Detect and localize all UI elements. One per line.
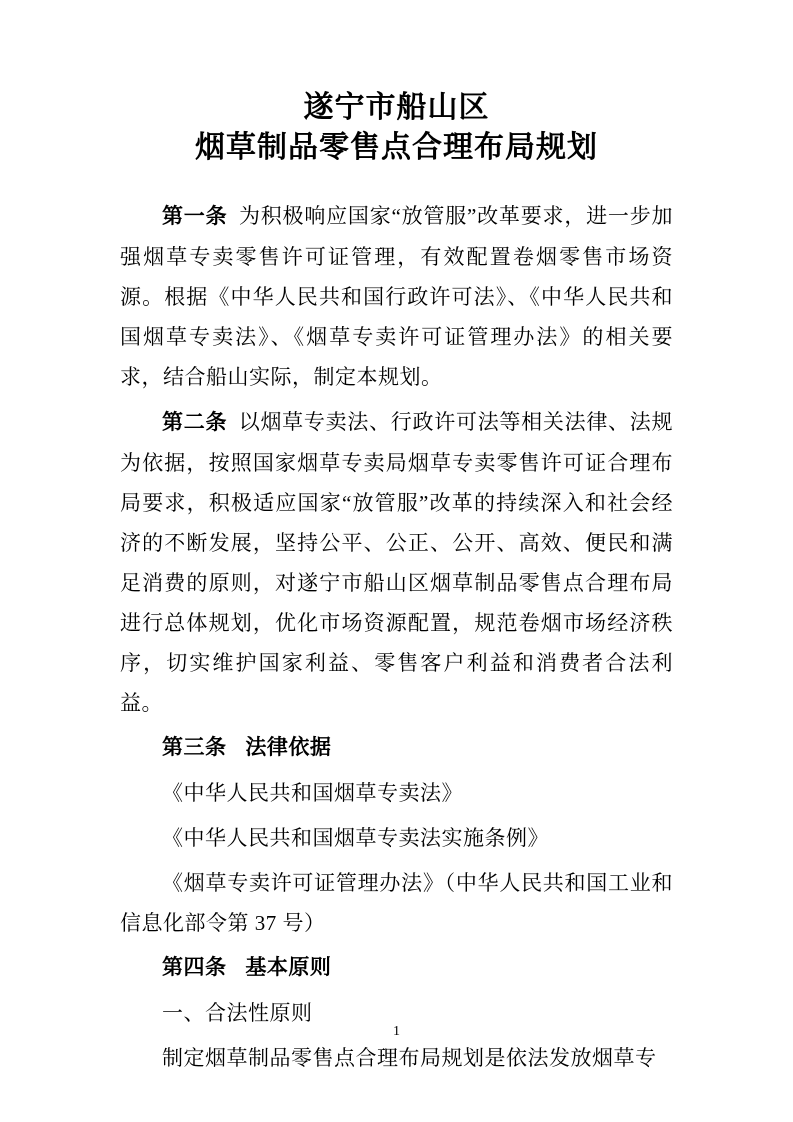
document-title: 遂宁市船山区 烟草制品零售点合理布局规划	[120, 88, 673, 168]
article-1-label: 第一条	[162, 205, 227, 228]
article-1-paragraph: 第一条为积极响应国家“放管服”改革要求，进一步加强烟草专卖零售许可证管理，有效配…	[120, 196, 673, 397]
document-content: 遂宁市船山区 烟草制品零售点合理布局规划 第一条为积极响应国家“放管服”改革要求…	[0, 0, 793, 1078]
document-title-line-1: 遂宁市船山区	[120, 88, 673, 128]
article-4-label: 第四条	[162, 956, 227, 979]
article-4-title: 基本原则	[245, 956, 331, 979]
article-3-heading: 第三条法律依据	[120, 728, 673, 768]
article-2-paragraph: 第二条以烟草专卖法、行政许可法等相关法律、法规为依据，按照国家烟草专卖局烟草专卖…	[120, 402, 673, 723]
document-body: 第一条为积极响应国家“放管服”改革要求，进一步加强烟草专卖零售许可证管理，有效配…	[120, 196, 673, 1078]
page-number: 1	[0, 1024, 793, 1040]
reference-law-3: 《烟草专卖许可证管理办法》（中华人民共和国工业和信息化部令第 37 号）	[120, 863, 673, 943]
article-3-title: 法律依据	[245, 736, 331, 759]
article-2-text: 以烟草专卖法、行政许可法等相关法律、法规为依据，按照国家烟草专卖局烟草专卖零售许…	[120, 410, 673, 715]
reference-law-2: 《中华人民共和国烟草专卖法实施条例》	[120, 818, 673, 858]
article-3-label: 第三条	[162, 736, 227, 759]
document-title-line-2: 烟草制品零售点合理布局规划	[120, 128, 673, 168]
body-last-line: 制定烟草制品零售点合理布局规划是依法发放烟草专	[120, 1038, 673, 1078]
reference-law-1: 《中华人民共和国烟草专卖法》	[120, 773, 673, 813]
article-1-text: 为积极响应国家“放管服”改革要求，进一步加强烟草专卖零售许可证管理，有效配置卷烟…	[120, 204, 673, 389]
document-page: 遂宁市船山区 烟草制品零售点合理布局规划 第一条为积极响应国家“放管服”改革要求…	[0, 0, 793, 1122]
article-4-heading: 第四条基本原则	[120, 948, 673, 988]
article-2-label: 第二条	[162, 411, 227, 434]
